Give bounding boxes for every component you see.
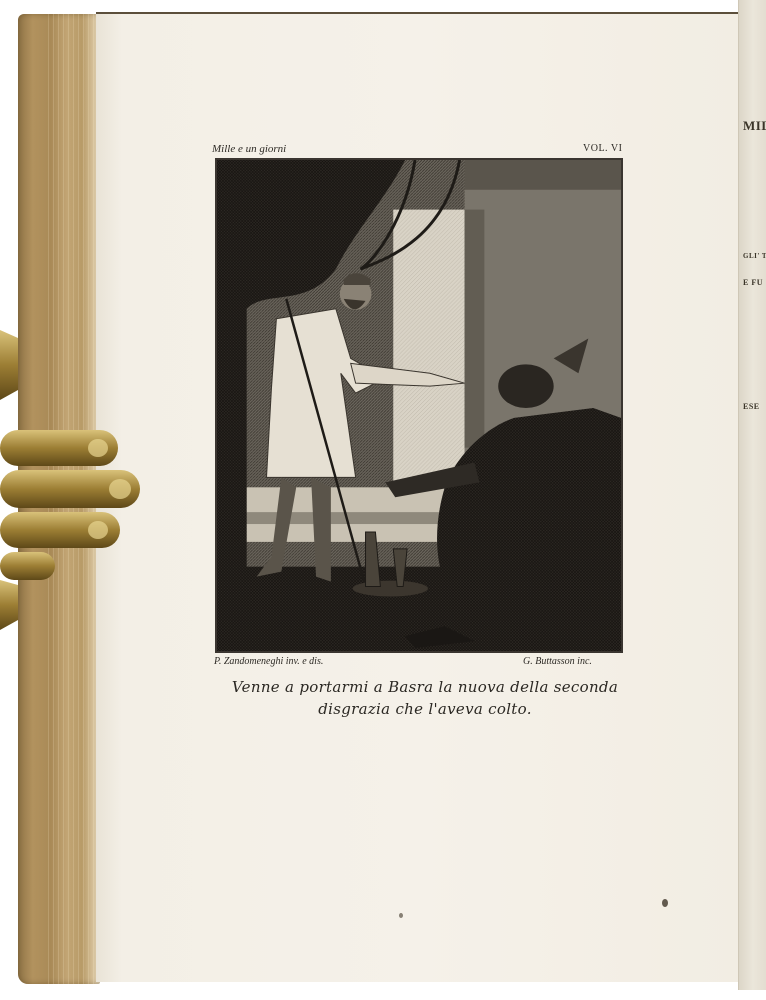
facing-page-fragment: GLI' TRA (743, 252, 766, 260)
engraving-illustration (217, 160, 621, 651)
plate-credit-engraver: G. Buttasson inc. (523, 656, 592, 667)
foxing-spot (662, 899, 668, 907)
plate-caption: Venne a portarmi a Basra la nuova della … (210, 676, 640, 720)
engraved-plate (215, 158, 623, 653)
brass-hand-clasp-icon (0, 330, 150, 630)
caption-line: disgrazia che l'aveva colto. (210, 698, 640, 720)
caption-line: Venne a portarmi a Basra la nuova della … (210, 676, 640, 698)
running-head-title: Mille e un giorni (212, 143, 286, 155)
facing-page-fragment: ESE (743, 402, 760, 411)
foxing-spot (399, 913, 403, 918)
running-head-volume: VOL. VI (583, 143, 622, 154)
facing-page-fragment: MIL (743, 118, 766, 134)
plate-credit-inventor: P. Zandomeneghi inv. e dis. (214, 656, 323, 667)
facing-page-fragment: E FU (743, 278, 763, 287)
facing-title-page-edge: MIL GLI' TRA E FU ESE (738, 0, 766, 990)
